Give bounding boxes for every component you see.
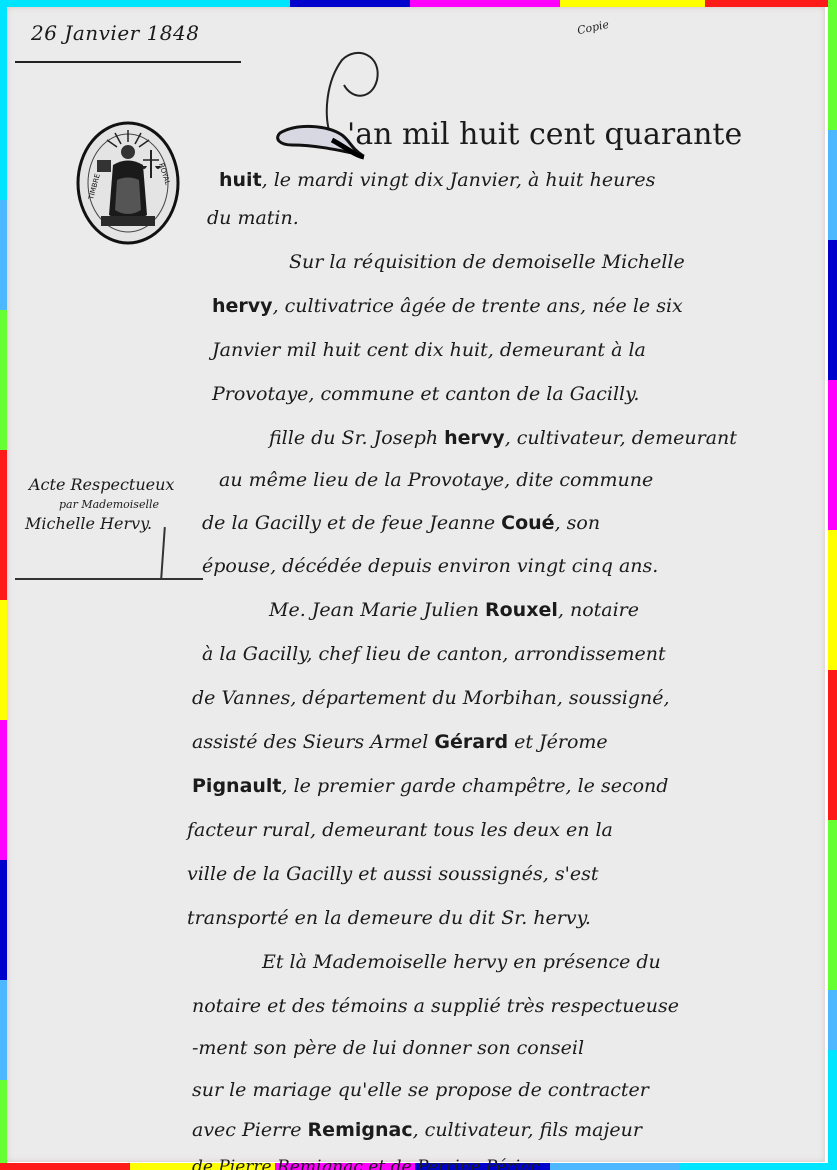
frame-segment xyxy=(828,0,837,130)
frame-segment xyxy=(0,200,7,310)
body-line-text: , cultivateur, demeurant xyxy=(505,427,737,449)
frame-segment xyxy=(410,0,560,7)
header-underline xyxy=(15,61,241,63)
body-line-text: , cultivatrice âgée de trente ans, née l… xyxy=(273,295,683,317)
body-line: assisté des Sieurs Armel Gérard et Jérom… xyxy=(192,731,608,753)
frame-segment xyxy=(0,1080,7,1170)
body-line: Provotaye, commune et canton de la Gacil… xyxy=(212,383,639,405)
body-line: sur le mariage qu'elle se propose de con… xyxy=(192,1079,649,1101)
frame-segment xyxy=(0,600,7,720)
body-line: de Pierre Remignac et de Perrine Périac, xyxy=(192,1157,545,1170)
body-line: Me. Jean Marie Julien Rouxel, notaire xyxy=(269,599,639,621)
surname-pignault: Pignault xyxy=(192,775,282,797)
frame-segment xyxy=(828,530,837,670)
body-line: huit, le mardi vingt dix Janvier, à huit… xyxy=(219,169,655,191)
body-line: de Vannes, département du Morbihan, sous… xyxy=(192,687,670,709)
body-line: notaire et des témoins a supplié très re… xyxy=(192,995,679,1017)
body-line: facteur rural, demeurant tous les deux e… xyxy=(187,819,613,841)
margin-underline xyxy=(15,578,203,580)
document-page: 26 Janvier 1848 Copie TI xyxy=(7,7,825,1162)
frame-segment xyxy=(680,1163,837,1170)
margin-tick-mark xyxy=(160,527,166,579)
frame-segment xyxy=(828,130,837,240)
frame-segment xyxy=(0,450,7,600)
margin-note-line: Michelle Hervy. xyxy=(25,514,205,533)
frame-segment xyxy=(828,670,837,820)
surname-rouxel: Rouxel xyxy=(485,599,558,621)
body-line-text: , le premier garde champêtre, le second xyxy=(282,775,669,797)
frame-segment xyxy=(550,1163,680,1170)
margin-note-line: par Mademoiselle xyxy=(59,498,205,511)
surname-hervy: hervy xyxy=(444,427,505,449)
surname-remignac: Remignac xyxy=(308,1119,413,1141)
frame-segment xyxy=(0,980,7,1080)
body-line-text: , cultivateur, fils majeur xyxy=(413,1119,642,1141)
body-line: Sur la réquisition de demoiselle Michell… xyxy=(289,251,685,273)
frame-segment xyxy=(828,990,837,1050)
emphasized-word: huit xyxy=(219,169,262,191)
body-line-text: , le mardi vingt dix Janvier, à huit heu… xyxy=(262,169,656,191)
body-line: ville de la Gacilly et aussi soussignés,… xyxy=(187,863,598,885)
body-line: Et là Mademoiselle hervy en présence du xyxy=(262,951,661,973)
body-line: 'an mil huit cent quarante xyxy=(347,117,742,152)
body-line: Janvier mil huit cent dix huit, demeuran… xyxy=(212,339,646,361)
body-line-text: et Jérome xyxy=(508,731,608,753)
surname-coue: Coué xyxy=(501,512,554,534)
margin-annotation: Acte Respectueux par Mademoiselle Michel… xyxy=(25,475,205,533)
frame-segment xyxy=(828,1050,837,1170)
body-line-text: de la Gacilly et de feue Jeanne xyxy=(202,512,501,534)
seal-icon: TIMBRE ROYAL xyxy=(75,120,181,246)
frame-segment xyxy=(0,720,7,860)
frame-segment xyxy=(705,0,837,7)
body-line-text: fille du Sr. Joseph xyxy=(269,427,444,449)
body-line-text: , son xyxy=(555,512,601,534)
frame-segment xyxy=(0,860,7,980)
surname-hervy: hervy xyxy=(212,295,273,317)
frame-segment xyxy=(0,1163,130,1170)
corner-note: Copie xyxy=(576,18,610,37)
frame-segment xyxy=(828,820,837,990)
body-line: hervy, cultivatrice âgée de trente ans, … xyxy=(212,295,683,317)
body-line: au même lieu de la Provotaye, dite commu… xyxy=(219,469,653,491)
surname-gerard: Gérard xyxy=(434,731,508,753)
body-line: Pignault, le premier garde champêtre, le… xyxy=(192,775,668,797)
body-line: épouse, décédée depuis environ vingt cin… xyxy=(202,555,658,577)
frame-segment xyxy=(0,310,7,450)
body-line-text: , notaire xyxy=(558,599,639,621)
frame-segment xyxy=(828,240,837,380)
frame-segment xyxy=(560,0,705,7)
body-line: à la Gacilly, chef lieu de canton, arron… xyxy=(202,643,666,665)
body-line: avec Pierre Remignac, cultivateur, fils … xyxy=(192,1119,642,1141)
frame-segment xyxy=(0,0,7,200)
body-line-text: Me. Jean Marie Julien xyxy=(269,599,485,621)
body-line: du matin. xyxy=(207,207,299,229)
body-line: transporté en la demeure du dit Sr. herv… xyxy=(187,907,591,929)
royal-stamp-seal: TIMBRE ROYAL xyxy=(75,120,181,246)
header-date: 26 Janvier 1848 xyxy=(31,21,199,45)
body-line: fille du Sr. Joseph hervy, cultivateur, … xyxy=(269,427,737,449)
body-line: -ment son père de lui donner son conseil xyxy=(192,1037,584,1059)
body-line-text: avec Pierre xyxy=(192,1119,308,1141)
body-line: de la Gacilly et de feue Jeanne Coué, so… xyxy=(202,512,600,534)
frame-segment xyxy=(828,380,837,530)
frame-segment xyxy=(0,0,290,7)
body-line-text: assisté des Sieurs Armel xyxy=(192,731,434,753)
frame-segment xyxy=(290,0,410,7)
margin-note-line: Acte Respectueux xyxy=(29,475,205,494)
